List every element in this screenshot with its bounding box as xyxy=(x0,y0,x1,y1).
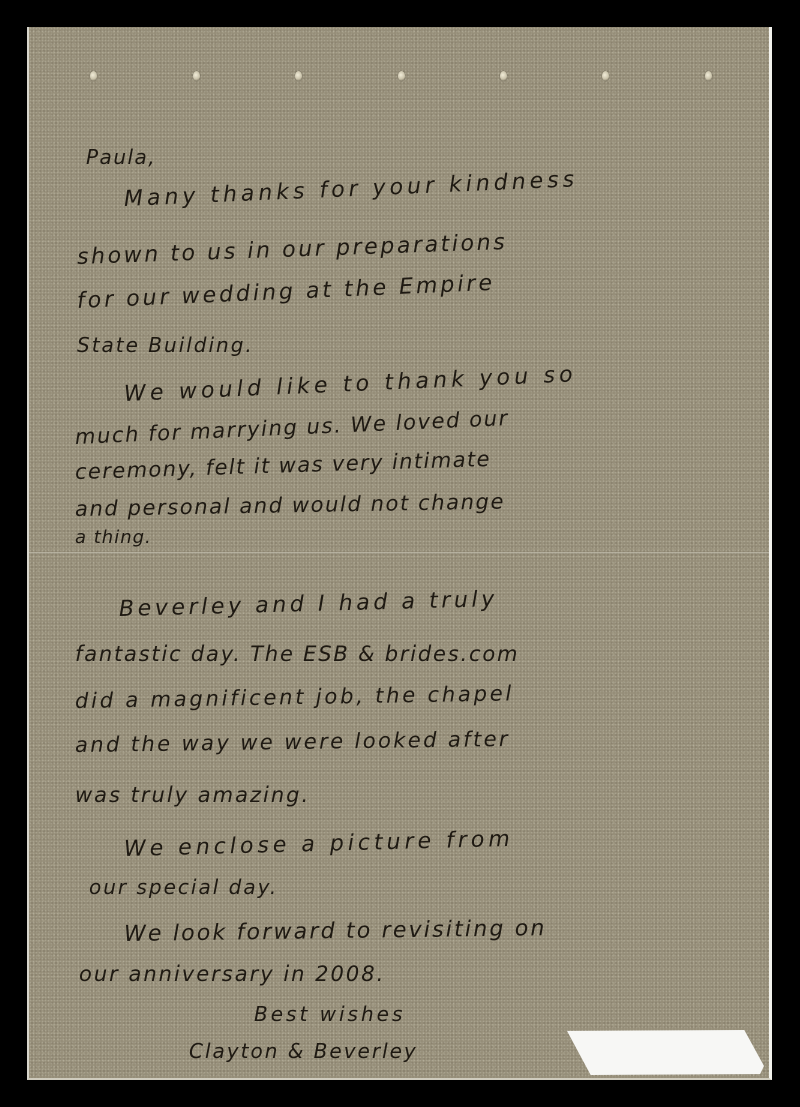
punch-hole-7 xyxy=(705,71,712,81)
letter-line: our anniversary in 2008. xyxy=(79,962,385,986)
letter-line: State Building. xyxy=(77,333,254,357)
letter-line: a thing. xyxy=(75,527,152,548)
letter-line: was truly amazing. xyxy=(75,783,310,807)
letter-line: We enclose a picture from xyxy=(124,827,514,862)
letter-line: Beverley and I had a truly xyxy=(119,587,498,622)
closing: Best wishes xyxy=(254,1002,405,1026)
letter-line: We would like to thank you so xyxy=(123,362,577,407)
signature: Clayton & Beverley xyxy=(189,1039,418,1063)
letter-line: We look forward to revisiting on xyxy=(124,916,547,947)
letter-line: ceremony, felt it was very intimate xyxy=(75,447,492,484)
letter-line: and personal and would not change xyxy=(75,489,505,521)
letter-line: did a magnificent job, the chapel xyxy=(75,681,514,713)
letter-line: Many thanks for your kindness xyxy=(123,167,578,212)
punch-hole-4 xyxy=(398,71,405,81)
punch-hole-3 xyxy=(295,71,302,81)
salutation: Paula, xyxy=(86,145,156,169)
punch-hole-5 xyxy=(500,71,507,81)
tape-strip xyxy=(567,1030,764,1075)
letter-line: for our wedding at the Empire xyxy=(76,271,495,314)
letter-line: shown to us in our preparations xyxy=(77,230,508,270)
letter-line: fantastic day. The ESB & brides.com xyxy=(75,642,519,666)
letter-line: much for marrying us. We loved our xyxy=(74,406,509,449)
letter-line: our special day. xyxy=(89,875,278,899)
letter-line: and the way we were looked after xyxy=(75,727,510,757)
punch-hole-6 xyxy=(602,71,609,81)
fold-crease xyxy=(29,552,769,554)
punch-hole-1 xyxy=(90,71,97,81)
punch-hole-2 xyxy=(193,71,200,81)
letter-paper: Paula, Many thanks for your kindness sho… xyxy=(27,27,772,1080)
